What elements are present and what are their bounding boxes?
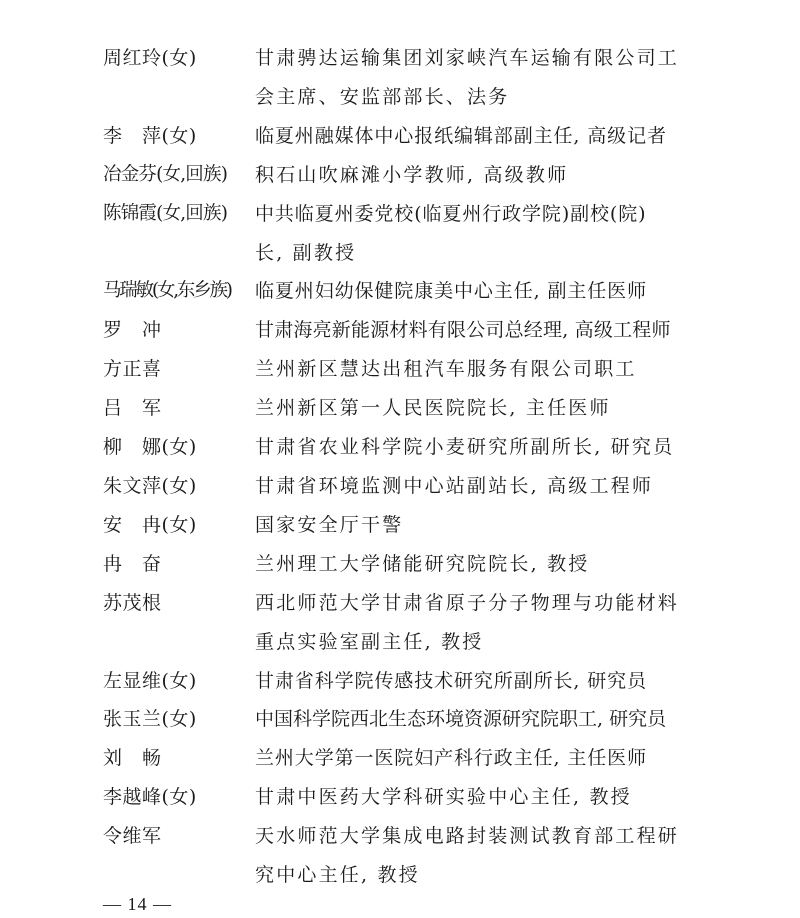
member-description: 兰州理工大学储能研究院院长, 教授 bbox=[255, 545, 703, 584]
member-name: 冶金芬(女,回族) bbox=[103, 156, 255, 195]
document-page: 周红玲(女) 甘肃骋达运输集团刘家峡汽车运输有限公司工 会主席、安监部部长、法务… bbox=[0, 0, 800, 918]
member-description: 临夏州妇幼保健院康美中心主任, 副主任医师 bbox=[255, 272, 703, 311]
description-line: 会主席、安监部部长、法务 bbox=[255, 78, 703, 117]
description-line: 重点实验室副主任, 教授 bbox=[255, 623, 703, 662]
member-name: 令维军 bbox=[103, 817, 255, 856]
member-name: 刘 畅 bbox=[103, 739, 255, 778]
member-name: 方正喜 bbox=[103, 350, 255, 389]
description-line: 天水师范大学集成电路封装测试教育部工程研 bbox=[255, 817, 703, 856]
description-line: 中共临夏州委党校(临夏州行政学院)副校(院) bbox=[255, 195, 703, 234]
member-name: 周红玲(女) bbox=[103, 39, 255, 78]
page-number: — 14 — bbox=[103, 892, 172, 916]
member-name: 朱文萍(女) bbox=[103, 467, 255, 506]
list-item: 苏茂根 西北师范大学甘肃省原子分子物理与功能材料 重点实验室副主任, 教授 bbox=[103, 584, 703, 662]
member-description: 甘肃骋达运输集团刘家峡汽车运输有限公司工 会主席、安监部部长、法务 bbox=[255, 39, 703, 117]
member-description: 甘肃省农业科学院小麦研究所副所长, 研究员 bbox=[255, 428, 703, 467]
list-item: 吕 军 兰州新区第一人民医院院长, 主任医师 bbox=[103, 389, 703, 428]
description-line: 兰州新区第一人民医院院长, 主任医师 bbox=[255, 389, 703, 428]
member-description: 甘肃中医药大学科研实验中心主任, 教授 bbox=[255, 778, 703, 817]
list-item: 罗 冲 甘肃海亮新能源材料有限公司总经理, 高级工程师 bbox=[103, 311, 703, 350]
member-name: 罗 冲 bbox=[103, 311, 255, 350]
member-description: 甘肃省环境监测中心站副站长, 高级工程师 bbox=[255, 467, 703, 506]
list-item: 张玉兰(女) 中国科学院西北生态环境资源研究院职工, 研究员 bbox=[103, 700, 703, 739]
list-item: 冶金芬(女,回族) 积石山吹麻滩小学教师, 高级教师 bbox=[103, 156, 703, 195]
description-line: 中国科学院西北生态环境资源研究院职工, 研究员 bbox=[255, 700, 703, 739]
member-description: 临夏州融媒体中心报纸编辑部副主任, 高级记者 bbox=[255, 117, 703, 156]
member-name: 吕 军 bbox=[103, 389, 255, 428]
description-line: 国家安全厅干警 bbox=[255, 506, 703, 545]
member-description: 甘肃海亮新能源材料有限公司总经理, 高级工程师 bbox=[255, 311, 703, 350]
list-item: 李 萍(女) 临夏州融媒体中心报纸编辑部副主任, 高级记者 bbox=[103, 117, 703, 156]
description-line: 西北师范大学甘肃省原子分子物理与功能材料 bbox=[255, 584, 703, 623]
member-name: 安 冉(女) bbox=[103, 506, 255, 545]
description-line: 究中心主任, 教授 bbox=[255, 856, 703, 895]
member-name: 李 萍(女) bbox=[103, 117, 255, 156]
list-item: 令维军 天水师范大学集成电路封装测试教育部工程研 究中心主任, 教授 bbox=[103, 817, 703, 895]
list-item: 柳 娜(女) 甘肃省农业科学院小麦研究所副所长, 研究员 bbox=[103, 428, 703, 467]
description-line: 甘肃中医药大学科研实验中心主任, 教授 bbox=[255, 778, 703, 817]
list-item: 左显维(女) 甘肃省科学院传感技术研究所副所长, 研究员 bbox=[103, 662, 703, 701]
member-name: 冉 奋 bbox=[103, 545, 255, 584]
description-line: 甘肃骋达运输集团刘家峡汽车运输有限公司工 bbox=[255, 39, 703, 78]
member-description: 甘肃省科学院传感技术研究所副所长, 研究员 bbox=[255, 662, 703, 701]
list-item: 方正喜 兰州新区慧达出租汽车服务有限公司职工 bbox=[103, 350, 703, 389]
member-description: 天水师范大学集成电路封装测试教育部工程研 究中心主任, 教授 bbox=[255, 817, 703, 895]
member-name: 陈锦霞(女,回族) bbox=[103, 195, 255, 234]
description-line: 兰州大学第一医院妇产科行政主任, 主任医师 bbox=[255, 739, 703, 778]
member-name: 柳 娜(女) bbox=[103, 428, 255, 467]
member-name: 左显维(女) bbox=[103, 662, 255, 701]
description-line: 兰州新区慧达出租汽车服务有限公司职工 bbox=[255, 350, 703, 389]
list-item: 朱文萍(女) 甘肃省环境监测中心站副站长, 高级工程师 bbox=[103, 467, 703, 506]
description-line: 甘肃省科学院传感技术研究所副所长, 研究员 bbox=[255, 662, 703, 701]
member-description: 西北师范大学甘肃省原子分子物理与功能材料 重点实验室副主任, 教授 bbox=[255, 584, 703, 662]
description-line: 甘肃省环境监测中心站副站长, 高级工程师 bbox=[255, 467, 703, 506]
description-line: 甘肃省农业科学院小麦研究所副所长, 研究员 bbox=[255, 428, 703, 467]
member-description: 积石山吹麻滩小学教师, 高级教师 bbox=[255, 156, 703, 195]
member-description: 兰州新区慧达出租汽车服务有限公司职工 bbox=[255, 350, 703, 389]
description-line: 积石山吹麻滩小学教师, 高级教师 bbox=[255, 156, 703, 195]
list-item: 刘 畅 兰州大学第一医院妇产科行政主任, 主任医师 bbox=[103, 739, 703, 778]
member-description: 中国科学院西北生态环境资源研究院职工, 研究员 bbox=[255, 700, 703, 739]
list-item: 陈锦霞(女,回族) 中共临夏州委党校(临夏州行政学院)副校(院) 长, 副教授 bbox=[103, 195, 703, 273]
member-list: 周红玲(女) 甘肃骋达运输集团刘家峡汽车运输有限公司工 会主席、安监部部长、法务… bbox=[103, 39, 703, 895]
member-name: 苏茂根 bbox=[103, 584, 255, 623]
list-item: 马瑞敏(女,东乡族) 临夏州妇幼保健院康美中心主任, 副主任医师 bbox=[103, 272, 703, 311]
member-description: 兰州大学第一医院妇产科行政主任, 主任医师 bbox=[255, 739, 703, 778]
list-item: 周红玲(女) 甘肃骋达运输集团刘家峡汽车运输有限公司工 会主席、安监部部长、法务 bbox=[103, 39, 703, 117]
list-item: 冉 奋 兰州理工大学储能研究院院长, 教授 bbox=[103, 545, 703, 584]
description-line: 兰州理工大学储能研究院院长, 教授 bbox=[255, 545, 703, 584]
description-line: 长, 副教授 bbox=[255, 234, 703, 273]
member-name: 张玉兰(女) bbox=[103, 700, 255, 739]
member-description: 中共临夏州委党校(临夏州行政学院)副校(院) 长, 副教授 bbox=[255, 195, 703, 273]
description-line: 临夏州妇幼保健院康美中心主任, 副主任医师 bbox=[255, 272, 703, 311]
description-line: 临夏州融媒体中心报纸编辑部副主任, 高级记者 bbox=[255, 117, 703, 156]
member-description: 国家安全厅干警 bbox=[255, 506, 703, 545]
member-name: 李越峰(女) bbox=[103, 778, 255, 817]
description-line: 甘肃海亮新能源材料有限公司总经理, 高级工程师 bbox=[255, 311, 703, 350]
member-name: 马瑞敏(女,东乡族) bbox=[103, 272, 255, 311]
list-item: 李越峰(女) 甘肃中医药大学科研实验中心主任, 教授 bbox=[103, 778, 703, 817]
member-description: 兰州新区第一人民医院院长, 主任医师 bbox=[255, 389, 703, 428]
list-item: 安 冉(女) 国家安全厅干警 bbox=[103, 506, 703, 545]
